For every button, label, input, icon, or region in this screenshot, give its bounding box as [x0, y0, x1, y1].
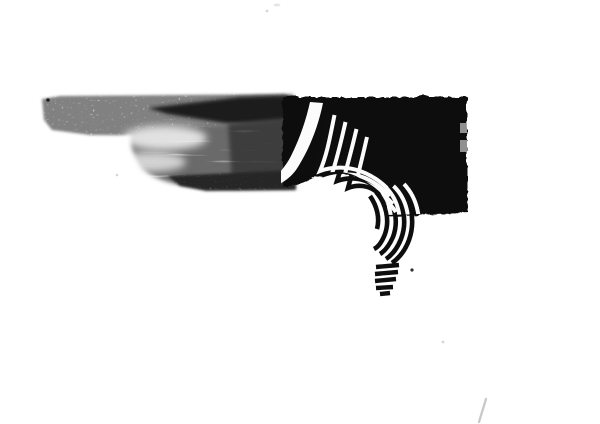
band-white-fade-upper — [123, 126, 207, 150]
artwork-canvas — [0, 0, 600, 424]
small-ink-dot — [410, 268, 413, 271]
top-speck — [266, 10, 269, 13]
zebra-leg-bar — [375, 272, 398, 274]
top-smudge — [274, 4, 281, 7]
band-white-fade-lower — [114, 152, 186, 172]
edge-notch — [460, 123, 467, 133]
left-speck — [116, 174, 119, 177]
zebra-leg-bar — [380, 293, 390, 294]
zebra-leg-bar — [375, 279, 396, 281]
band-left-tip-dot — [46, 98, 50, 102]
paper-background — [0, 0, 600, 424]
zebra-leg-bar — [376, 265, 399, 267]
edge-notch — [460, 140, 467, 152]
zebra-leg-bar — [376, 287, 393, 288]
artwork-page — [0, 0, 600, 424]
right-speck — [442, 341, 445, 344]
